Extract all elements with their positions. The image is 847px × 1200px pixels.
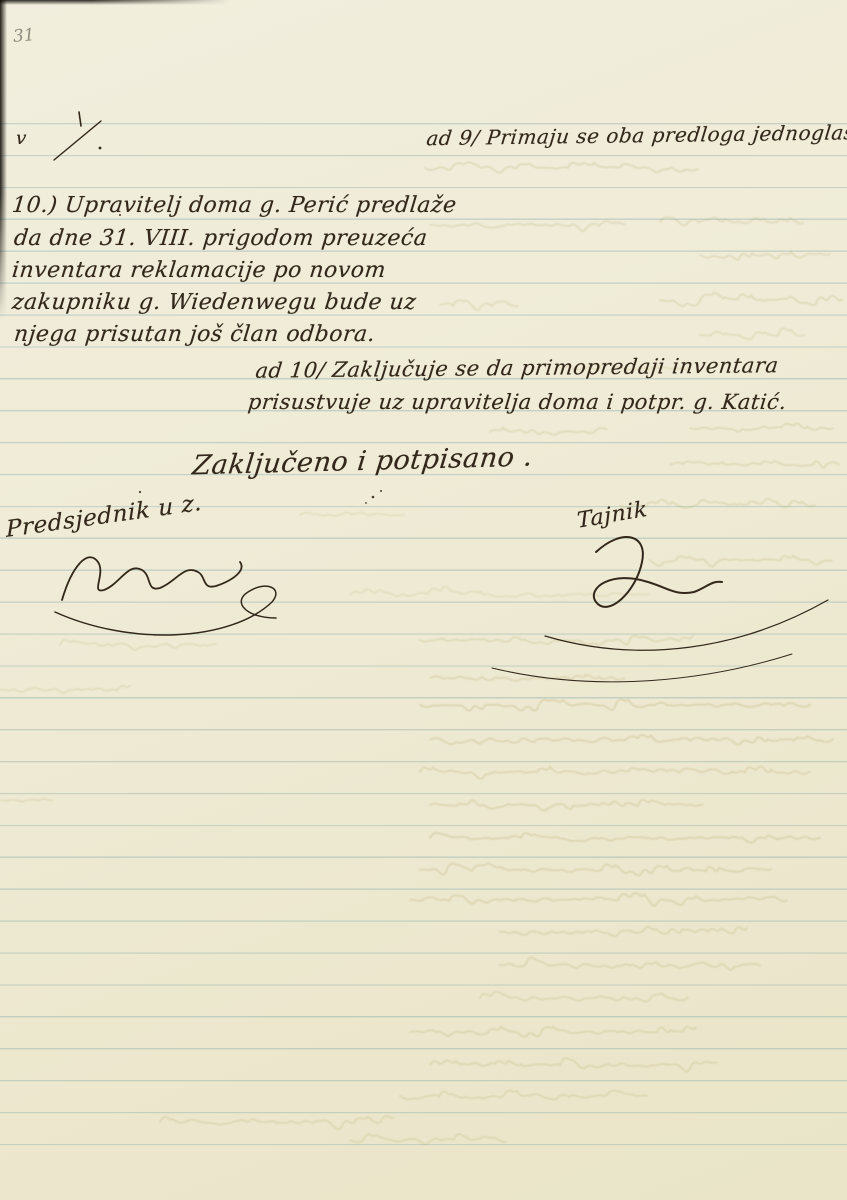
bleedthrough-mark — [420, 766, 810, 779]
manuscript-page: 31 v ad 9/ Primaju se oba predloga jedno… — [0, 0, 847, 1200]
margin-slash-mark — [54, 112, 101, 160]
bleedthrough-mark — [480, 992, 688, 1002]
bleedthrough-mark — [620, 499, 815, 508]
item-10-line-2: da dne 31. VIII. prigodom preuzeća — [13, 226, 429, 251]
bleedthrough-mark — [500, 957, 760, 970]
resolution-9-line: ad 9/ Primaju se oba predloga jednoglasn… — [425, 120, 847, 150]
item-10-line-4: zakupniku g. Wiedenwegu bude uz — [11, 290, 418, 315]
bleedthrough-mark — [425, 162, 698, 172]
bleedthrough-mark — [660, 293, 842, 306]
bleedthrough-mark — [490, 427, 607, 434]
bleedthrough-mark — [430, 221, 625, 231]
bleedthrough-mark — [700, 328, 804, 339]
resolution-10-line-1: ad 10/ Zaključuje se da primopredaji inv… — [254, 353, 780, 382]
bleedthrough-mark — [300, 513, 404, 516]
bleedthrough-mark — [430, 833, 820, 843]
bleedthrough-mark — [440, 300, 518, 310]
bleedthrough-mark — [690, 423, 833, 431]
bleedthrough-mark — [430, 1058, 716, 1072]
bleedthrough-mark — [420, 863, 771, 875]
margin-check-mark: v — [15, 128, 28, 149]
bleedthrough-mark — [410, 893, 787, 906]
page-number: 31 — [12, 25, 35, 47]
bleedthrough-mark — [420, 635, 693, 645]
item-10-line-3: inventara reklamacije po novom — [11, 258, 388, 283]
bleedthrough-text-layer — [0, 0, 847, 1200]
bleedthrough-mark — [650, 556, 832, 567]
bleedthrough-mark — [430, 675, 625, 681]
bleedthrough-mark — [400, 1091, 647, 1100]
bleedthrough-mark — [60, 640, 216, 650]
ink-stroke-layer — [0, 0, 847, 1200]
bleedthrough-mark — [350, 1134, 506, 1144]
bleedthrough-mark — [700, 252, 830, 260]
item-10-line-1: 10.) Upravitelj doma g. Perić predlaže — [11, 193, 458, 218]
bleedthrough-mark — [350, 587, 649, 597]
bleedthrough-mark — [420, 699, 810, 711]
bleedthrough-mark — [500, 927, 747, 936]
closing-statement: Zaključeno i potpisano . — [191, 442, 535, 482]
bleedthrough-mark — [0, 686, 130, 693]
secretary-title: Tajnik — [576, 497, 648, 534]
bleedthrough-mark — [430, 800, 703, 811]
item-10-line-5: njega prisutan još član odbora. — [13, 322, 377, 347]
book-edge-top — [0, 0, 230, 5]
resolution-10-line-2: prisustvuje uz upravitelja doma i potpr.… — [247, 390, 788, 414]
bleedthrough-mark — [410, 1027, 696, 1037]
bleedthrough-mark — [0, 799, 52, 801]
bleedthrough-mark — [160, 1116, 394, 1129]
book-edge-left — [0, 0, 7, 320]
bleedthrough-mark — [430, 735, 833, 745]
secretary-signature — [492, 537, 828, 682]
bleedthrough-mark — [660, 217, 803, 225]
bleedthrough-mark — [670, 461, 839, 468]
president-signature — [55, 557, 276, 635]
president-title: Predsjednik u z. — [6, 490, 203, 543]
